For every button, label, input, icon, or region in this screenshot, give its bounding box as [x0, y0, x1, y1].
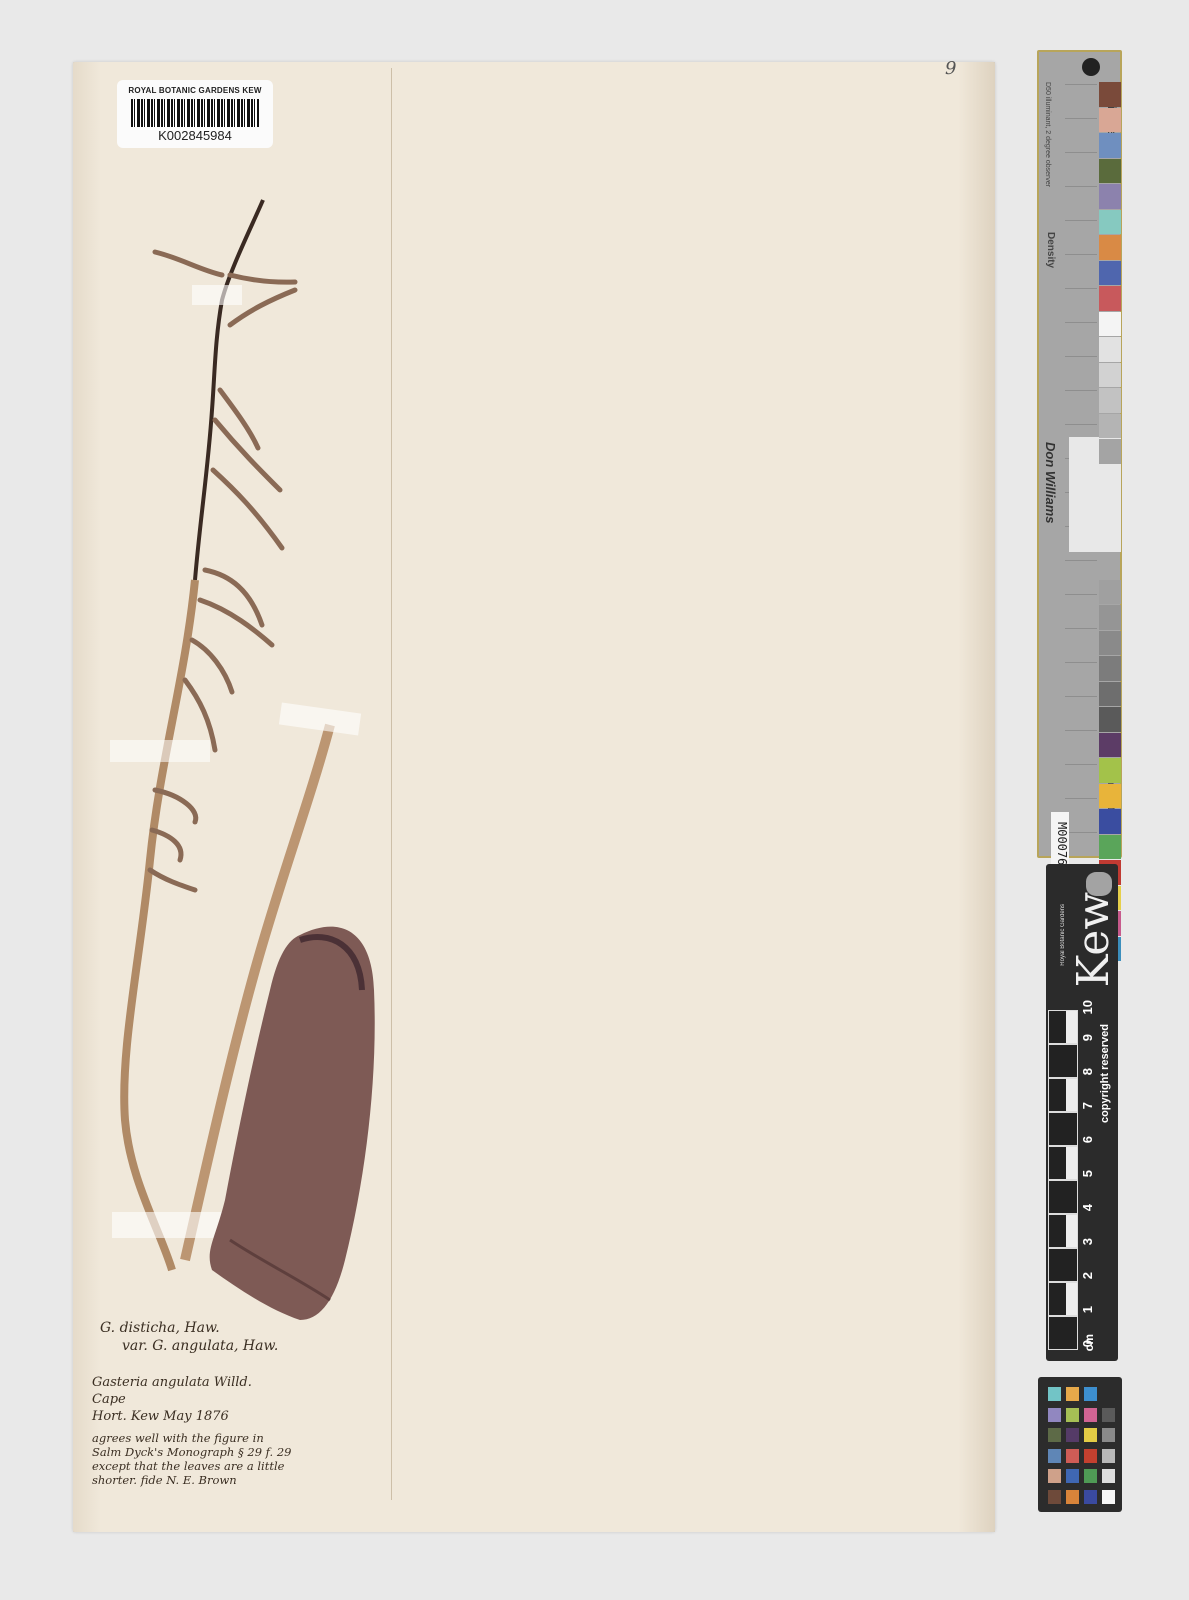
color-swatch	[1084, 1449, 1097, 1463]
scale-number: 8	[1080, 1068, 1095, 1075]
color-patch	[1099, 388, 1121, 413]
unit-label: cm	[1082, 1334, 1096, 1351]
color-patch	[1099, 184, 1121, 209]
color-swatch	[1102, 1490, 1115, 1504]
color-patch	[1099, 784, 1121, 809]
color-swatch	[1066, 1408, 1079, 1422]
color-patch	[1099, 707, 1121, 732]
color-patch	[1099, 439, 1121, 464]
color-swatch	[1102, 1469, 1115, 1483]
color-patch	[1099, 337, 1121, 362]
note-line: except that the leaves are a little	[92, 1459, 342, 1473]
note-line: Salm Dyck's Monograph § 29 f. 29	[92, 1445, 342, 1459]
scale-number: 2	[1080, 1272, 1095, 1279]
note-line: agrees well with the figure in	[92, 1431, 342, 1445]
color-patch	[1099, 235, 1121, 260]
color-patch	[1099, 758, 1121, 783]
scale-number: 9	[1080, 1034, 1095, 1041]
color-swatch	[1084, 1469, 1097, 1483]
scale-number: 6	[1080, 1136, 1095, 1143]
scale-segment	[1048, 1010, 1078, 1044]
color-swatch	[1102, 1408, 1115, 1422]
scale-segment	[1048, 1316, 1078, 1350]
color-swatch	[1048, 1408, 1061, 1422]
color-patch	[1099, 682, 1121, 707]
scale-segment	[1048, 1282, 1078, 1316]
scale-segment	[1048, 1112, 1078, 1146]
color-card	[1038, 1377, 1122, 1512]
scale-segment	[1048, 1180, 1078, 1214]
illuminant-note: D50 illuminant, 2 degree observer	[1044, 82, 1051, 187]
color-patch	[1099, 835, 1121, 860]
color-swatch	[1102, 1387, 1115, 1401]
barcode-label: ROYAL BOTANIC GARDENS KEW K002845984	[117, 80, 273, 148]
fold-line	[391, 68, 392, 1500]
scale-segment	[1048, 1248, 1078, 1282]
color-patch	[1099, 656, 1121, 681]
color-patch	[1099, 210, 1121, 235]
scale-number: 3	[1080, 1238, 1095, 1245]
color-swatch	[1084, 1490, 1097, 1504]
scale-segment	[1048, 1214, 1078, 1248]
locality: Cape	[92, 1391, 342, 1408]
barcode-id: K002845984	[117, 128, 273, 143]
color-swatch	[1102, 1428, 1115, 1442]
color-patch	[1099, 580, 1121, 605]
color-swatch	[1066, 1428, 1079, 1442]
kew-scale-bar: Kew Royal Botanic Gardens copyright rese…	[1046, 864, 1118, 1361]
color-ruler: inches D50 illuminant, 2 degree observer…	[1037, 50, 1122, 858]
color-swatch	[1048, 1428, 1061, 1442]
color-swatch	[1066, 1449, 1079, 1463]
color-swatch	[1048, 1387, 1061, 1401]
copyright-text: copyright reserved	[1099, 1024, 1111, 1123]
color-patch	[1099, 261, 1121, 286]
scale-segment	[1048, 1078, 1078, 1112]
color-patch	[1099, 286, 1121, 311]
scale-segment	[1048, 1044, 1078, 1078]
color-patch	[1099, 631, 1121, 656]
determination-line2: var. G. angulata, Haw.	[122, 1338, 342, 1354]
scale-bar	[1048, 1010, 1078, 1350]
taxon-name: Gasteria angulata Willd.	[92, 1374, 342, 1391]
kew-logo: Kew	[1068, 892, 1119, 987]
color-swatch	[1102, 1449, 1115, 1463]
color-swatch	[1066, 1387, 1079, 1401]
scale-number: 5	[1080, 1170, 1095, 1177]
scale-number: 1	[1080, 1306, 1095, 1313]
color-patch	[1099, 82, 1121, 107]
determination-line1: G. disticha, Haw.	[100, 1320, 342, 1336]
color-swatch	[1084, 1428, 1097, 1442]
scale-segment	[1048, 1146, 1078, 1180]
color-patch	[1099, 159, 1121, 184]
color-patch	[1099, 414, 1121, 439]
source-date: Hort. Kew May 1876	[92, 1408, 342, 1425]
handwritten-label: G. disticha, Haw. var. G. angulata, Haw.…	[92, 1320, 342, 1487]
color-swatch	[1048, 1490, 1061, 1504]
color-patch	[1099, 809, 1121, 834]
color-patch	[1099, 733, 1121, 758]
scale-numbers: 109876543210	[1080, 1006, 1096, 1351]
color-patch	[1099, 363, 1121, 388]
institution-name: ROYAL BOTANIC GARDENS KEW	[117, 86, 273, 95]
density-label: Density	[1045, 232, 1056, 268]
color-swatch	[1084, 1387, 1097, 1401]
color-patch	[1099, 605, 1121, 630]
color-patch	[1099, 108, 1121, 133]
kew-subtitle: Royal Botanic Gardens	[1060, 904, 1066, 966]
color-swatch	[1084, 1408, 1097, 1422]
barcode-icon	[131, 99, 259, 127]
color-swatch	[1048, 1469, 1061, 1483]
ruler-brand: Don Williams	[1043, 442, 1058, 524]
ruler-hole-top	[1082, 58, 1100, 76]
color-swatch	[1048, 1449, 1061, 1463]
scale-number: 10	[1080, 1000, 1095, 1014]
color-patch	[1099, 312, 1121, 337]
herbarium-sheet	[73, 62, 995, 1532]
note-line: shorter. fide N. E. Brown	[92, 1473, 342, 1487]
color-patch	[1099, 133, 1121, 158]
color-swatch	[1066, 1490, 1079, 1504]
scale-number: 4	[1080, 1204, 1095, 1211]
color-swatch	[1066, 1469, 1079, 1483]
scale-number: 7	[1080, 1102, 1095, 1109]
corner-mark: 9	[945, 58, 956, 79]
